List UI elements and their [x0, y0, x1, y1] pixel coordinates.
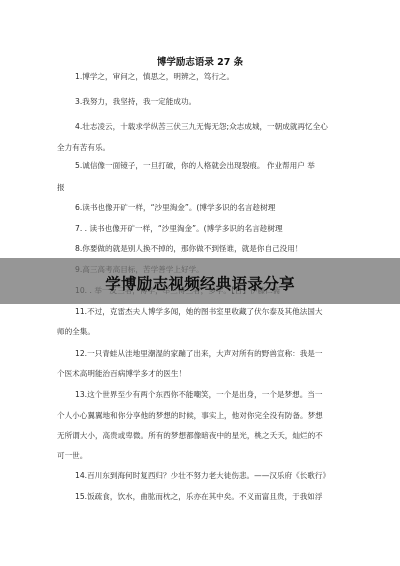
document-page: 博学励志语录 27 条 1.博学之，审问之，慎思之，明辨之，笃行之。3.我努力，…	[0, 0, 400, 566]
document-line: 7. . 读书也像开矿一样，“沙里淘金”。(博学多识的名言趁树理	[75, 224, 283, 234]
document-title: 博学励志语录 27 条	[0, 54, 400, 68]
document-line: 可一世。	[57, 451, 87, 461]
document-line: 11.不过，克雷杰夫人博学多闻，她的图书室里收藏了伏尔泰及其他法国大	[75, 307, 322, 317]
document-line: 6.读书也像开矿一样，“沙里淘金”。(博学多识的名言趁树理	[75, 203, 275, 213]
document-line: 个医术高明能治百病博学多才的医生！	[57, 369, 186, 379]
document-line: 师的全集。	[57, 327, 95, 337]
overlay-title: 学博励志视频经典语录分享	[0, 272, 400, 294]
document-line: 5.诚信像一面镜子，一旦打破，你的人格就会出现裂痕。 作业帮用户 举	[75, 161, 315, 171]
document-line: 3.我努力，我坚持，我一定能成功。	[75, 97, 196, 107]
document-line: 个人小心翼翼地和你分享他的梦想的时候，事实上，他对你完全没有防备。梦想	[57, 411, 323, 421]
document-line: 13.这个世界至少有两个东西你不能嘲笑，一个是出身，一个是梦想。当一	[75, 390, 322, 400]
document-line: 1.博学之，审问之，慎思之，明辨之，笃行之。	[75, 72, 234, 82]
document-line: 报	[57, 183, 65, 193]
document-line: 8.你要做的就是别人换不掉的，那你做不到怪谁，就是你自己没用！	[75, 244, 302, 254]
document-line: 14.百川东到海何时复西归？少壮不努力老大徒伤悲。——汉乐府《长歌行》	[75, 471, 330, 481]
document-line: 4.壮志凌云，十载求学纵苦三伏三九无悔无怨;众志成城，一朝成就再忆全心	[75, 122, 328, 132]
document-line: 无所谓大小，高贵或卑微。所有的梦想都像暗夜中的星光，桃之夭夭，灿烂的不	[57, 431, 323, 441]
document-line: 全力有苦有乐。	[57, 143, 110, 153]
document-line: 12.一只青蛙从洼地里潮湿的家蹦了出来，大声对所有的野兽宣称：我是一	[75, 349, 322, 359]
document-line: 15.饭疏食，饮水，曲肱而枕之，乐亦在其中矣。不义而富且贵，于我如浮	[75, 492, 322, 502]
